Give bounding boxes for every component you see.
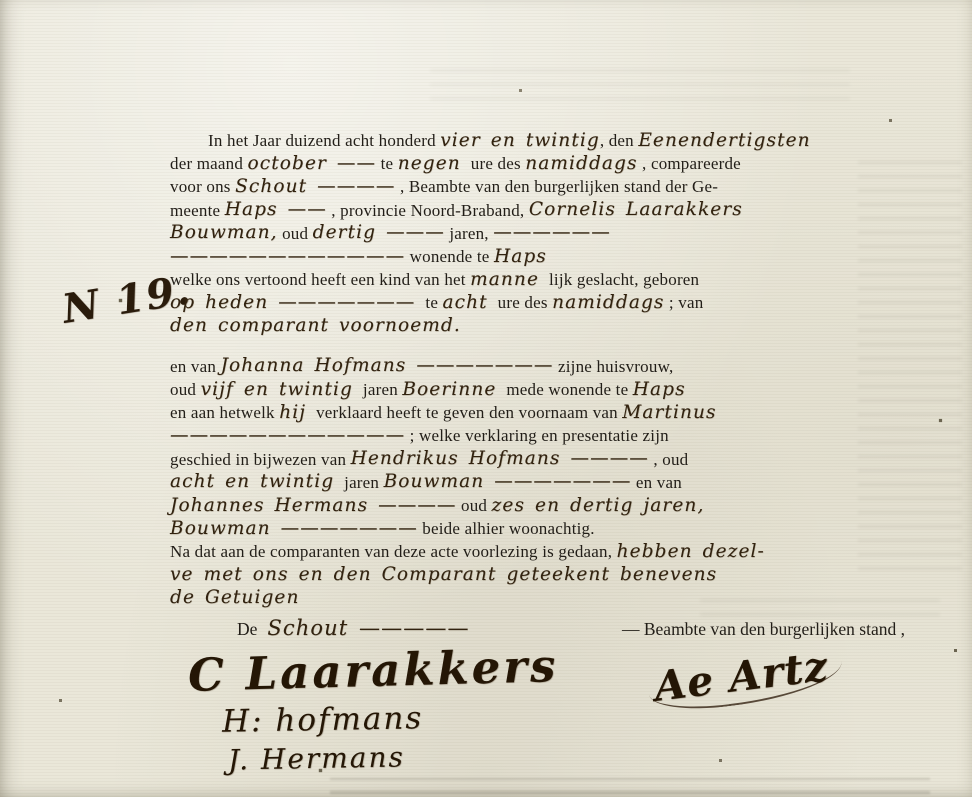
handwritten-text: negen: [398, 153, 471, 174]
printed-text: , den: [600, 131, 639, 150]
handwritten-text: Cornelis Laarakkers: [529, 199, 743, 220]
document-line: ———————————— ; welke verklaring en prese…: [170, 424, 964, 447]
handwritten-text: hij: [279, 402, 316, 423]
handwritten-text: Haps ——: [225, 199, 327, 220]
handwritten-text: Martinus: [622, 402, 716, 423]
printed-text: voor ons: [170, 177, 235, 196]
document-line: den comparant voornoemd.: [170, 315, 964, 338]
signature-witness-1: H: hofmans: [222, 700, 424, 740]
document-line: der maand october —— te negen ure des na…: [170, 152, 964, 175]
paper-specks: [0, 0, 1, 1]
printed-text: verklaard heeft te geven den voornaam va…: [316, 403, 622, 422]
printed-text: jaren: [363, 380, 402, 399]
printed-text: Na dat aan de comparanten van deze acte …: [170, 542, 617, 561]
signature-witness-2: J. Hermans: [228, 740, 405, 776]
printed-text: beide alhier woonachtig.: [418, 519, 595, 538]
handwritten-text: ————————————: [170, 425, 405, 446]
document-line: oud vijf en twintig jaren Boerinne mede …: [170, 378, 964, 401]
printed-text: oud: [457, 496, 492, 515]
closing-beambte-label: — Beambte van den burgerlijken stand ,: [622, 619, 905, 640]
ink-bleed-through-mark: [430, 60, 850, 100]
handwritten-text: Boerinne: [402, 379, 506, 400]
handwritten-text: acht: [443, 292, 498, 313]
printed-text: welke ons vertoond heeft een kind van he…: [170, 270, 470, 289]
printed-text: mede wonende te: [506, 380, 632, 399]
handwritten-text: Hendrikus Hofmans ————: [351, 448, 649, 469]
document-line: voor ons Schout ———— , Beambte van den b…: [170, 175, 964, 198]
handwritten-text: ve met ons en den Comparant geteekent be…: [170, 564, 717, 585]
closing-left: De Schout —————: [237, 616, 470, 640]
handwritten-text: Bouwman,: [170, 222, 278, 243]
handwritten-text: Haps: [633, 379, 686, 400]
document-line: In het Jaar duizend acht honderd vier en…: [170, 129, 964, 152]
printed-text: , compareerde: [638, 154, 741, 173]
closing-de-label: De: [237, 619, 257, 640]
document-line: Johannes Hermans ———— oud zes en dertig …: [170, 494, 964, 517]
document-line: Na dat aan de comparanten van deze acte …: [170, 540, 964, 563]
closing-schout-handwritten: Schout —————: [267, 616, 469, 640]
handwritten-text: manne: [470, 269, 549, 290]
handwritten-text: Johannes Hermans ————: [170, 495, 457, 516]
printed-text: lijk geslacht, geboren: [549, 270, 699, 289]
handwritten-text: den comparant voornoemd.: [170, 315, 461, 336]
handwritten-text: namiddags: [525, 153, 637, 174]
document-line: en van Johanna Hofmans ——————— zijne hui…: [170, 355, 964, 378]
printed-text: , oud: [649, 450, 688, 469]
document-line: acht en twintig jaren Bouwman ——————— en…: [170, 471, 964, 494]
handwritten-text: vijf en twintig: [201, 379, 363, 400]
printed-text: ure des: [471, 154, 525, 173]
document-line: de Getuigen: [170, 587, 964, 610]
printed-text: ure des: [498, 293, 552, 312]
printed-text: meente: [170, 201, 225, 220]
printed-text: oud: [278, 224, 313, 243]
printed-text: te: [376, 154, 398, 173]
document-line: ———————————— wonende te Haps: [170, 245, 964, 268]
printed-text: en van: [170, 357, 221, 376]
ink-bleed-through-mark: [330, 778, 930, 794]
handwritten-text: acht en twintig: [170, 471, 344, 492]
handwritten-text: Johanna Hofmans ———————: [221, 355, 554, 376]
printed-text: en van: [631, 473, 682, 492]
handwritten-text: hebben dezel-: [617, 541, 765, 562]
handwritten-text: de Getuigen: [170, 587, 299, 608]
document-line: Bouwman, oud dertig ——— jaren, ——————: [170, 222, 964, 245]
act-body-text: In het Jaar duizend acht honderd vier en…: [170, 129, 964, 610]
handwritten-text: ————————————: [170, 246, 405, 267]
document-line: ve met ons en den Comparant geteekent be…: [170, 564, 964, 587]
handwritten-text: namiddags: [552, 292, 664, 313]
printed-text: en aan hetwelk: [170, 403, 279, 422]
handwritten-text: op heden ———————: [170, 292, 425, 313]
printed-text: , Beambte van den burgerlijken stand der…: [396, 177, 719, 196]
document-line: Bouwman ——————— beide alhier woonachtig.: [170, 517, 964, 540]
handwritten-text: Bouwman ———————: [384, 471, 632, 492]
document-line: welke ons vertoond heeft een kind van he…: [170, 268, 964, 291]
printed-text: ; van: [664, 293, 703, 312]
printed-text: geschied in bijwezen van: [170, 450, 351, 469]
handwritten-text: Eenendertigsten: [638, 130, 810, 151]
printed-text: jaren: [344, 473, 383, 492]
printed-text: , provincie Noord-Braband,: [327, 201, 529, 220]
handwritten-text: zes en dertig jaren,: [492, 495, 705, 516]
printed-text: te: [425, 293, 442, 312]
handwritten-text: Schout ————: [235, 176, 395, 197]
printed-text: jaren,: [445, 224, 493, 243]
handwritten-text: ——————: [493, 222, 611, 243]
handwritten-text: Haps: [494, 246, 547, 267]
document-line: meente Haps —— , provincie Noord-Braband…: [170, 199, 964, 222]
document-line: en aan hetwelk hij verklaard heeft te ge…: [170, 401, 964, 424]
printed-text: In het Jaar duizend acht honderd: [208, 131, 440, 150]
printed-text: zijne huisvrouw,: [554, 357, 674, 376]
printed-text: oud: [170, 380, 201, 399]
handwritten-text: vier en twintig: [440, 130, 600, 151]
printed-text: der maand: [170, 154, 248, 173]
document-line: op heden ——————— te acht ure des namidda…: [170, 291, 964, 314]
handwritten-text: Bouwman ———————: [170, 518, 418, 539]
handwritten-text: october ——: [248, 153, 377, 174]
document-line: geschied in bijwezen van Hendrikus Hofma…: [170, 448, 964, 471]
handwritten-text: dertig ———: [313, 222, 445, 243]
printed-text: ; welke verklaring en presentatie zijn: [405, 426, 669, 445]
closing-line: De Schout ————— — Beambte van den burger…: [237, 616, 905, 640]
signature-comparant: C Laarakkers: [187, 639, 559, 702]
printed-text: wonende te: [405, 247, 494, 266]
